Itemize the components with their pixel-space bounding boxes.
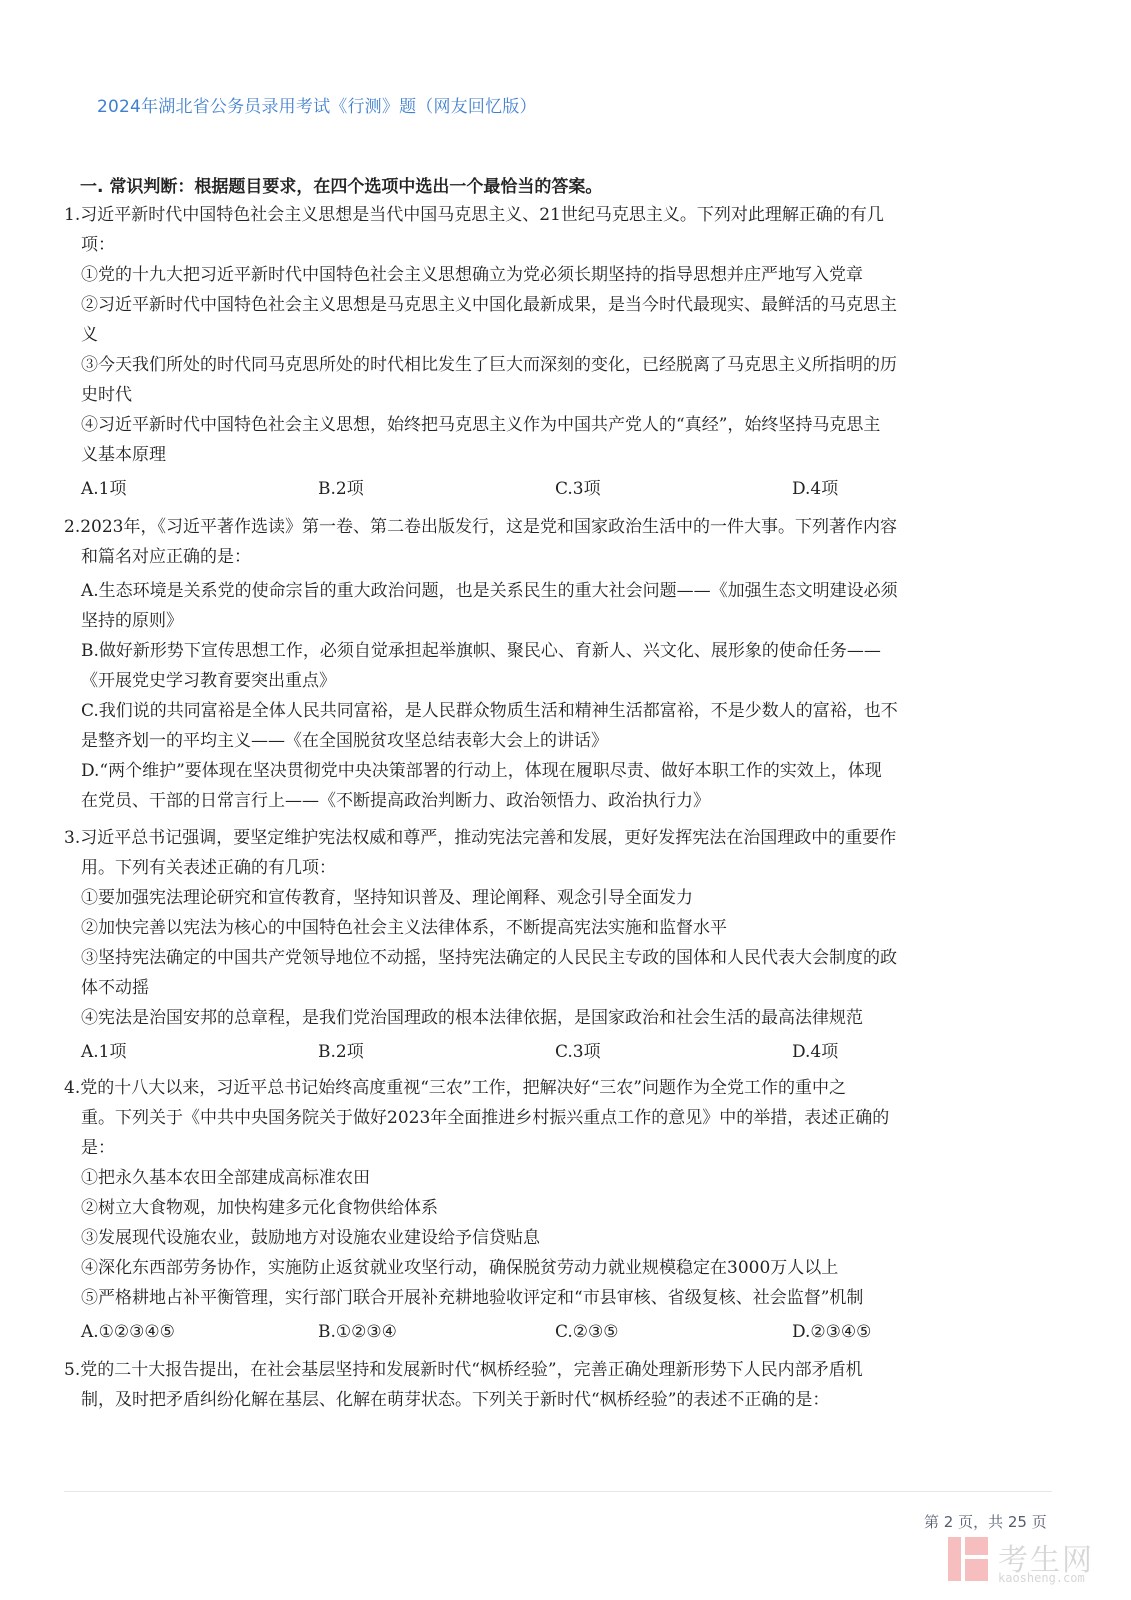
kaosheng-logo-icon (948, 1537, 988, 1581)
question-1: 1.习近平新时代中国特色社会主义思想是当代中国马克思主义、21世纪马克思主义。下… (64, 200, 1049, 504)
question-3: 3.习近平总书记强调，要坚定维护宪法权威和尊严，推动宪法完善和发展，更好发挥宪法… (64, 823, 1049, 1067)
option-c: C.②③⑤ (555, 1317, 792, 1347)
option-line: D.“两个维护”要体现在坚决贯彻党中央决策部署的行动上，体现在履职尽责、做好本职… (64, 756, 1049, 786)
question-5: 5.党的二十大报告提出，在社会基层坚持和发展新时代“枫桥经验”，完善正确处理新形… (64, 1355, 1049, 1415)
question-stem-line: 和篇名对应正确的是： (64, 542, 1049, 572)
option-line: 是整齐划一的平均主义——《在全国脱贫攻坚总结表彰大会上的讲话》 (64, 726, 1049, 756)
answer-options: A.1项 B.2项 C.3项 D.4项 (64, 474, 1049, 504)
question-stem-line: 制，及时把矛盾纠纷化解在基层、化解在萌芽状态。下列关于新时代“枫桥经验”的表述不… (64, 1385, 1049, 1415)
statement-line: 体不动摇 (64, 973, 1049, 1003)
question-stem-line: 项： (64, 230, 1049, 260)
option-d: D.4项 (792, 1037, 1029, 1067)
answer-options: A.①②③④⑤ B.①②③④ C.②③⑤ D.②③④⑤ (64, 1317, 1049, 1347)
question-stem-line: 2.2023年，《习近平著作选读》第一卷、第二卷出版发行，这是党和国家政治生活中… (64, 512, 1049, 542)
statement-line: ②树立大食物观，加快构建多元化食物供给体系 (64, 1193, 1049, 1223)
statement-line: ①党的十九大把习近平新时代中国特色社会主义思想确立为党必须长期坚持的指导思想并庄… (64, 260, 1049, 290)
option-a: A.1项 (81, 1037, 318, 1067)
option-a: A.1项 (81, 474, 318, 504)
statement-line: 义 (64, 320, 1049, 350)
statement-line: ④宪法是治国安邦的总章程，是我们党治国理政的根本法律依据，是国家政治和社会生活的… (64, 1003, 1049, 1033)
statement-line: ③坚持宪法确定的中国共产党领导地位不动摇，坚持宪法确定的人民民主专政的国体和人民… (64, 943, 1049, 973)
statement-line: ⑤严格耕地占补平衡管理，实行部门联合开展补充耕地验收评定和“市县审核、省级复核、… (64, 1283, 1049, 1313)
question-stem-line: 5.党的二十大报告提出，在社会基层坚持和发展新时代“枫桥经验”，完善正确处理新形… (64, 1355, 1049, 1385)
footer-divider (64, 1491, 1052, 1492)
statement-line: 义基本原理 (64, 440, 1049, 470)
option-d: D.②③④⑤ (792, 1317, 1029, 1347)
question-stem-line: 4.党的十八大以来，习近平总书记始终高度重视“三农”工作，把解决好“三农”问题作… (64, 1073, 1049, 1103)
option-b: B.①②③④ (318, 1317, 555, 1347)
option-d: D.4项 (792, 474, 1029, 504)
option-c: C.3项 (555, 1037, 792, 1067)
statement-line: ③发展现代设施农业，鼓励地方对设施农业建设给予信贷贴息 (64, 1223, 1049, 1253)
option-line: 坚持的原则》 (64, 606, 1049, 636)
statement-line: ③今天我们所处的时代同马克思所处的时代相比发生了巨大而深刻的变化，已经脱离了马克… (64, 350, 1049, 380)
doc-title: 2024年湖北省公务员录用考试《行测》题（网友回忆版） (97, 92, 537, 117)
option-line: 《开展党史学习教育要突出重点》 (64, 666, 1049, 696)
question-4: 4.党的十八大以来，习近平总书记始终高度重视“三农”工作，把解决好“三农”问题作… (64, 1073, 1049, 1347)
statement-line: ①要加强宪法理论研究和宣传教育，坚持知识普及、理论阐释、观念引导全面发力 (64, 883, 1049, 913)
page-indicator: 第 2 页，共 25 页 (924, 1511, 1047, 1532)
question-stem-line: 3.习近平总书记强调，要坚定维护宪法权威和尊严，推动宪法完善和发展，更好发挥宪法… (64, 823, 1049, 853)
statement-line: ④深化东西部劳务协作，实施防止返贫就业攻坚行动，确保脱贫劳动力就业规模稳定在30… (64, 1253, 1049, 1283)
statement-line: ②加快完善以宪法为核心的中国特色社会主义法律体系，不断提高宪法实施和监督水平 (64, 913, 1049, 943)
option-c: C.3项 (555, 474, 792, 504)
question-stem-line: 重。下列关于《中共中央国务院关于做好2023年全面推进乡村振兴重点工作的意见》中… (64, 1103, 1049, 1133)
option-line: A.生态环境是关系党的使命宗旨的重大政治问题，也是关系民生的重大社会问题——《加… (64, 576, 1049, 606)
statement-line: ①把永久基本农田全部建成高标准农田 (64, 1163, 1049, 1193)
question-stem-line: 用。下列有关表述正确的有几项： (64, 853, 1049, 883)
statement-line: ②习近平新时代中国特色社会主义思想是马克思主义中国化最新成果，是当今时代最现实、… (64, 290, 1049, 320)
option-line: 在党员、干部的日常言行上——《不断提高政治判断力、政治领悟力、政治执行力》 (64, 786, 1049, 816)
option-b: B.2项 (318, 474, 555, 504)
watermark-logo: 考生网 kaosheng.com (948, 1535, 1128, 1595)
option-line: C.我们说的共同富裕是全体人民共同富裕，是人民群众物质生活和精神生活都富裕，不是… (64, 696, 1049, 726)
watermark-text-en: kaosheng.com (998, 1571, 1085, 1585)
option-b: B.2项 (318, 1037, 555, 1067)
question-stem-line: 是： (64, 1133, 1049, 1163)
statement-line: ④习近平新时代中国特色社会主义思想，始终把马克思主义作为中国共产党人的“真经”，… (64, 410, 1049, 440)
option-a: A.①②③④⑤ (81, 1317, 318, 1347)
statement-line: 史时代 (64, 380, 1049, 410)
section-heading: 一. 常识判断：根据题目要求，在四个选项中选出一个最恰当的答案。 (80, 172, 602, 197)
option-line: B.做好新形势下宣传思想工作，必须自觉承担起举旗帜、聚民心、育新人、兴文化、展形… (64, 636, 1049, 666)
answer-options: A.1项 B.2项 C.3项 D.4项 (64, 1037, 1049, 1067)
question-2: 2.2023年，《习近平著作选读》第一卷、第二卷出版发行，这是党和国家政治生活中… (64, 512, 1049, 816)
question-stem-line: 1.习近平新时代中国特色社会主义思想是当代中国马克思主义、21世纪马克思主义。下… (64, 200, 1049, 230)
